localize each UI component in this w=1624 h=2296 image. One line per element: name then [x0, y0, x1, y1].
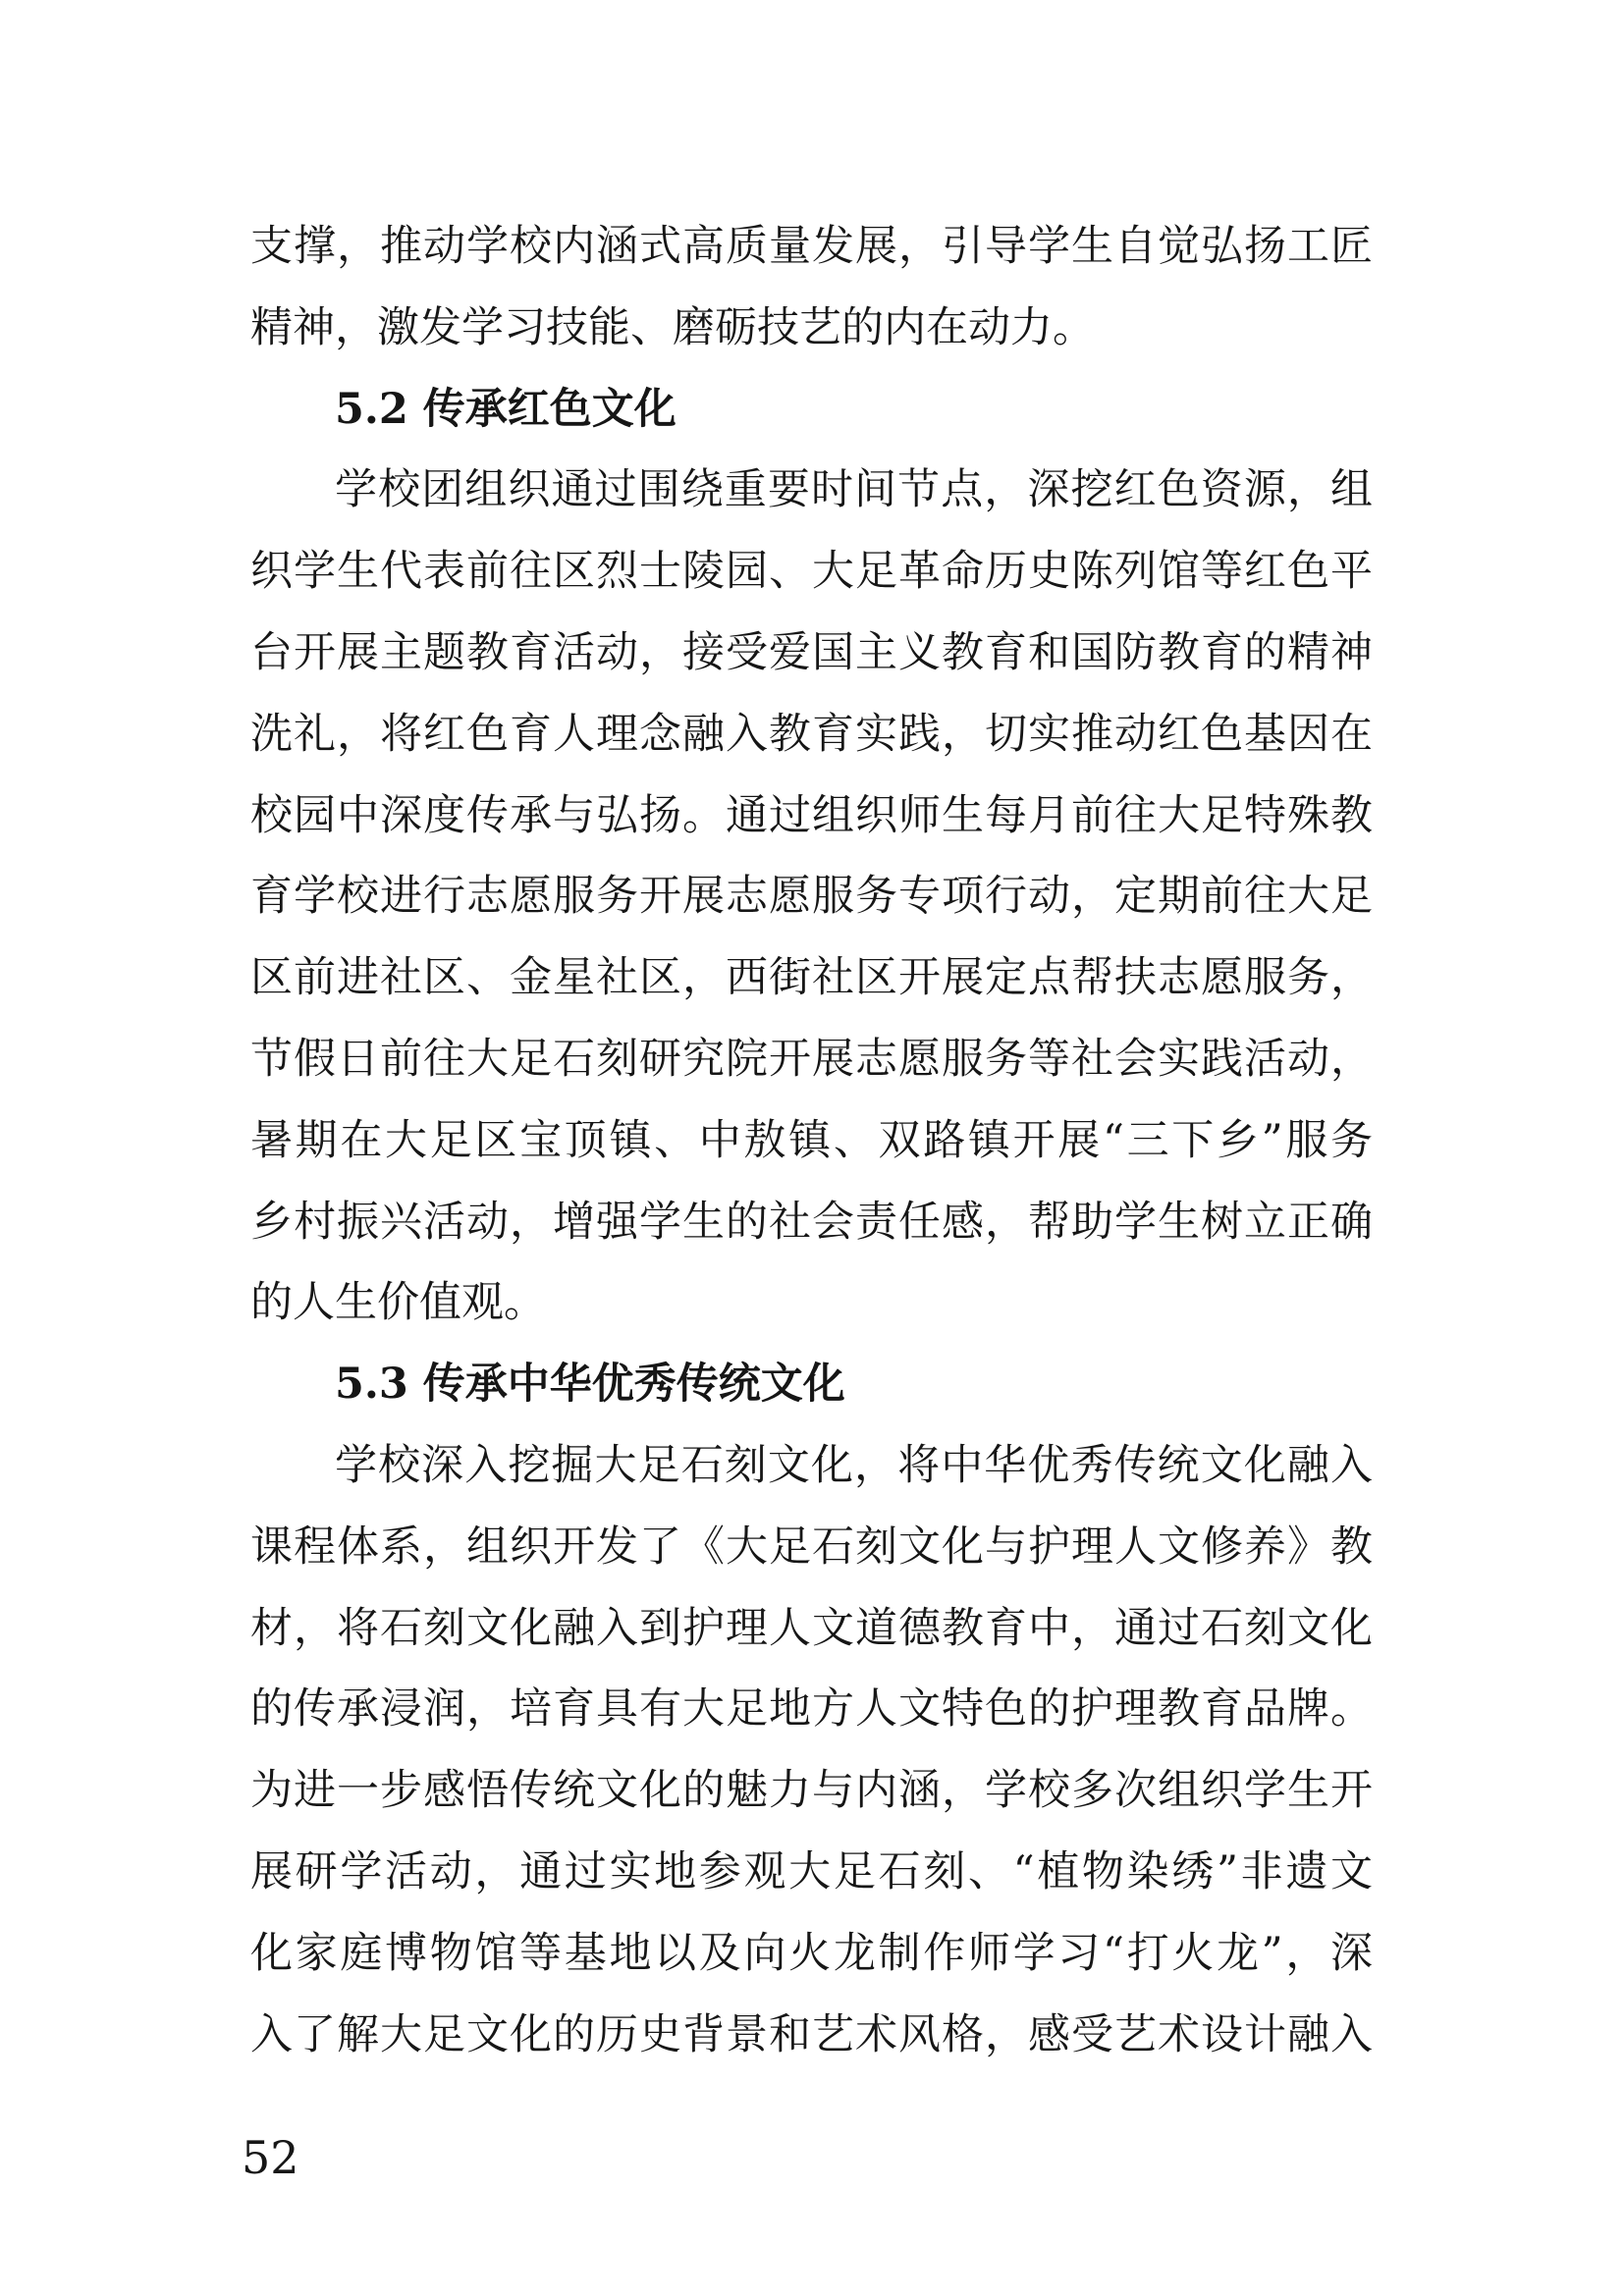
text-line: 学校深入挖掘大足石刻文化，将中华优秀传统文化融入: [250, 1425, 1373, 1507]
text-line: 展研学活动，通过实地参观大足石刻、“植物染绣”非遗文: [250, 1832, 1373, 1913]
document-body: 支撑，推动学校内涵式高质量发展，引导学生自觉弘扬工匠精神，激发学习技能、磨砺技艺…: [250, 206, 1373, 2075]
text-line: 为进一步感悟传统文化的魅力与内涵，学校多次组织学生开: [250, 1750, 1373, 1832]
text-line: 台开展主题教育活动，接受爱国主义教育和国防教育的精神: [250, 613, 1373, 694]
text-line: 区前进社区、金星社区，西街社区开展定点帮扶志愿服务，: [250, 937, 1373, 1019]
heading-5-2: 5.2 传承红色文化: [250, 369, 1373, 451]
text-line: 学校团组织通过围绕重要时间节点，深挖红色资源，组: [250, 450, 1373, 531]
text-line: 化家庭博物馆等基地以及向火龙制作师学习“打火龙”，深: [250, 1913, 1373, 1995]
text-line: 材，将石刻文化融入到护理人文道德教育中，通过石刻文化: [250, 1588, 1373, 1670]
text-line: 织学生代表前往区烈士陵园、大足革命历史陈列馆等红色平: [250, 531, 1373, 613]
text-line: 洗礼，将红色育人理念融入教育实践，切实推动红色基因在: [250, 694, 1373, 775]
text-line: 节假日前往大足石刻研究院开展志愿服务等社会实践活动，: [250, 1019, 1373, 1100]
page-number: 52: [242, 2130, 299, 2185]
text-line: 支撑，推动学校内涵式高质量发展，引导学生自觉弘扬工匠: [250, 206, 1373, 288]
text-line: 乡村振兴活动，增强学生的社会责任感，帮助学生树立正确: [250, 1182, 1373, 1263]
text-line: 的传承浸润，培育具有大足地方人文特色的护理教育品牌。: [250, 1669, 1373, 1750]
document-page: 支撑，推动学校内涵式高质量发展，引导学生自觉弘扬工匠精神，激发学习技能、磨砺技艺…: [0, 0, 1624, 2296]
text-line: 课程体系，组织开发了《大足石刻文化与护理人文修养》教: [250, 1507, 1373, 1588]
heading-5-3: 5.3 传承中华优秀传统文化: [250, 1344, 1373, 1425]
text-line: 育学校进行志愿服务开展志愿服务专项行动，定期前往大足: [250, 856, 1373, 937]
text-line: 入了解大足文化的历史背景和艺术风格，感受艺术设计融入: [250, 1995, 1373, 2076]
text-line: 精神，激发学习技能、磨砺技艺的内在动力。: [250, 288, 1373, 369]
text-line: 的人生价值观。: [250, 1262, 1373, 1344]
text-line: 校园中深度传承与弘扬。通过组织师生每月前往大足特殊教: [250, 775, 1373, 857]
text-line: 暑期在大足区宝顶镇、中敖镇、双路镇开展“三下乡”服务: [250, 1100, 1373, 1182]
